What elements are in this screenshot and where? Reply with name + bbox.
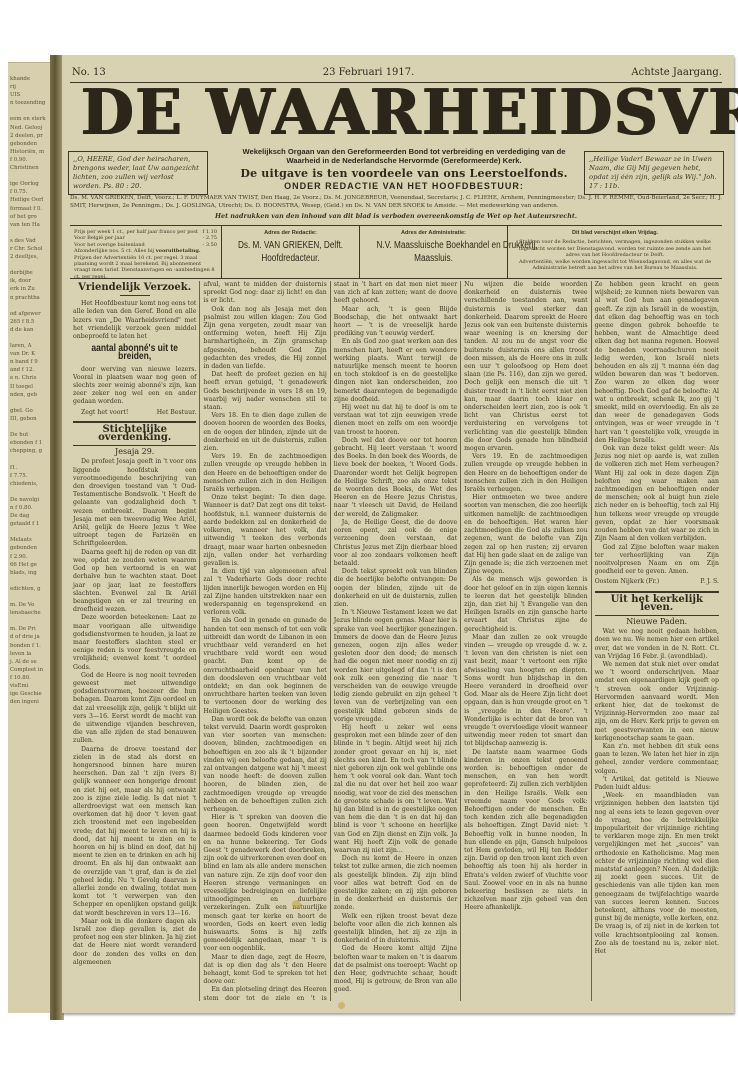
paragraph: Ook dan nog als Jesaja met den psalmist … <box>203 306 326 372</box>
paragraph: Maar te dien dage, zegt de Heere, dat is… <box>203 954 326 987</box>
publisher-name: N.V. Maassluische Boekhandel en Drukkeri… <box>377 239 491 252</box>
section-title-meditation: Stichtelijke overdenking. <box>73 426 196 442</box>
previous-page-text: khande rij UIS n toezending eem en sterk… <box>8 63 52 706</box>
publication-schedule: Dit blad verschijnt elken Vrijdag. Stukk… <box>508 226 722 278</box>
paragraph: In dien tijd van algemeenen afval zal 't… <box>203 568 326 617</box>
paragraph: Ze hebben geen kracht en geen wijsheid; … <box>595 281 719 445</box>
paragraph: Hij weet nu dat hij te doof is om te ver… <box>334 404 457 437</box>
paragraph: God zal Zijne beloften waar maken ter ve… <box>595 544 719 577</box>
paragraph: Maar dan zullen ze ook vreugde vinden — … <box>464 634 587 749</box>
paragraph: afval, want te midden der duisternis spr… <box>203 281 326 306</box>
paragraph: God de Heere is nog nooit tevreden gewee… <box>73 672 196 746</box>
paragraph: Vers 19. En de zachtmoedigen zullen vreu… <box>464 453 587 494</box>
publication-subtitle: Wekelijksch Orgaan van den Gereformeerde… <box>222 147 586 165</box>
paragraph: We nemen dat stuk niet over omdat we 't … <box>595 661 719 743</box>
editorial-address: Adres der Redactie: Ds. M. VAN GRIEKEN, … <box>222 226 360 278</box>
column-5: Ze hebben geen kracht en geen wijsheid; … <box>592 281 722 1001</box>
paragraph: Als de mensch wijs geworden is door het … <box>464 576 587 633</box>
paragraph: Vers 18. En te dien dage zullen de doove… <box>203 412 326 453</box>
info-boxes: Prijs per week 1 ct., per half jaar fran… <box>70 225 722 279</box>
newspaper-page: No. 13 23 Februari 1917. Achtste Jaargan… <box>62 55 734 1013</box>
editors-heading: ONDER REDACTIE VAN HET HOOFDBESTUUR: <box>212 181 596 191</box>
paragraph: Wat we nog nooit gedaan hebben, doen we … <box>595 628 719 661</box>
paragraph: Vers 19. En de zachtmoedigen zullen vreu… <box>203 453 326 494</box>
paragraph: Doch nu komt de Heere in onzen tekst tot… <box>334 855 457 912</box>
masthead-title: DE WAARHEIDSVRIEND <box>81 83 711 141</box>
paragraph: Ja, de Heilige Geest, die de doove ooren… <box>334 519 457 568</box>
schedule-text-2: Advertentiën, welke worden ingewacht tot… <box>512 259 718 272</box>
notice-paragraph-1: Het Hoofdbestuur komt nog eens tot alle … <box>73 300 196 341</box>
paper-stain <box>292 900 301 909</box>
meditation-signature: Oostem Nijkerk (Fr.) P. J. S. <box>595 578 719 586</box>
prices-note: Afzonderlijke nos. 5 ct. Alles bij vooru… <box>74 248 217 254</box>
paragraph: 't Artikel, dat getiteld is Nieuwe Paden… <box>595 776 719 792</box>
article-columns: Vriendelijk Verzoek. Het Hoofdbestuur ko… <box>70 281 722 1001</box>
notice-title: Vriendelijk Verzoek. <box>73 284 196 292</box>
paragraph: Dan wordt ook de belofte van onzen tekst… <box>203 716 326 814</box>
paragraph: In 't Nieuwe Testament lezen we dat Jezu… <box>334 609 457 724</box>
section-title-church-life: Uit het kerkelijk leven. <box>595 596 719 612</box>
notice-paragraph-2: door werving van nieuwe lezers. Vooral i… <box>73 366 196 407</box>
section-header-church-life: Uit het kerkelijk leven. <box>595 591 719 616</box>
paragraph: Maar ach, 't is geen Blijde Boodschap, d… <box>334 306 457 339</box>
subtitle-line-1: Wekelijksch Orgaan van den Gereformeerde… <box>222 147 586 156</box>
paragraph: En als God zoo gaat werken aan des mensc… <box>334 338 457 404</box>
column-4: Nu wijzen die beide woorden donkerheid e… <box>461 281 591 1001</box>
schedule-text-1: Stukken voor de Redactie, berichten, ver… <box>512 239 718 258</box>
paragraph: De profeet Jesaja geeft in 't voor ons l… <box>73 458 196 548</box>
editor-name: Ds. M. VAN GRIEKEN, Delft. <box>238 239 344 252</box>
schedule-heading: Dit blad verschijnt elken Vrijdag. <box>512 230 718 236</box>
notice-divider <box>120 295 150 296</box>
paragraph: Kan z'n. met hebben dit stuk eens gaan t… <box>595 743 719 776</box>
paragraph: Hier is 't spreken van dooven die geen h… <box>203 814 326 953</box>
paragraph: Onze tekst begint: Te dien dage. Wanneer… <box>203 494 326 568</box>
notice-signature: Zegt het voort! Het Bestuur. <box>73 409 196 417</box>
quote-box-left: ,,O, HEERE, God der heirscharen, brengon… <box>68 151 208 195</box>
paragraph: staat in 't hart en dat men niet meer va… <box>334 281 457 306</box>
editors-list: Ds. M. VAN GRIEKEN, Delft, Voorz.; L. F.… <box>70 194 722 210</box>
subtitle-line-2: Waarheid in de Nederlandsche Hervormde (… <box>222 156 586 165</box>
paragraph: Welk een rijken troost bevat deze beloft… <box>334 913 457 946</box>
administration-address: Adres der Administratie: N.V. Maassluisc… <box>360 226 508 278</box>
paragraph: En dan plotseling dringt des Heeren stem… <box>203 986 326 1001</box>
paragraph: En als God in genade en gunade de handen… <box>203 617 326 715</box>
column-2: afval, want te midden der duisternis spr… <box>200 281 330 1001</box>
notice-banner: aantal abonné's uit te breiden, <box>82 345 187 361</box>
editorial-address-heading: Adres der Redactie: <box>226 230 355 236</box>
paragraph: God de Heere komt altijd Zijne beloften … <box>334 945 457 994</box>
paragraph: Hij heeft u zeker wel eens gesproken met… <box>334 724 457 855</box>
paragraph: De laatste naam waarmee Gods kinderen in… <box>464 749 587 913</box>
section-header-meditation: Stichtelijke overdenking. <box>73 421 196 446</box>
paragraph: Nu wijzen die beide woorden donkerheid e… <box>464 281 587 453</box>
scripture-reference: Jesaja 29. <box>73 448 196 456</box>
paragraph: „Week- en maandbladen van vrijzinnigen h… <box>595 792 719 956</box>
subscription-prices: Prijs per week 1 ct., per half jaar fran… <box>70 226 222 278</box>
ad-prices-note: Prijzen der Advertentiën 10 ct. per rege… <box>74 255 217 281</box>
paragraph: Doch wel dat doove oor tot hooren gebrac… <box>334 437 457 519</box>
fund-line: De uitgave is ten voordeele van ons Leer… <box>212 167 596 180</box>
publisher-city: Maassluis. <box>377 252 491 265</box>
paragraph: Dat heeft de profeet gezien en hij heeft… <box>203 371 326 412</box>
paragraph: Daarna geeft hij de reden op van dit wee… <box>73 549 196 615</box>
paragraph: Maar ook in die donkere dagen als Israël… <box>73 918 196 967</box>
column-1: Vriendelijk Verzoek. Het Hoofdbestuur ko… <box>70 281 200 1001</box>
paragraph: Ook van deze tekst geldt weer: Als Jezus… <box>595 445 719 543</box>
previous-page-edge: khande rij UIS n toezending eem en sterk… <box>8 62 52 1013</box>
paragraph: Hier ontmoeten we twee andere soorten va… <box>464 494 587 576</box>
column-3: staat in 't hart en dat men niet meer va… <box>331 281 461 1001</box>
paragraph: Deze woorden beteekenen: Laat ze maar vo… <box>73 614 196 671</box>
paragraph: Daarna de droeve toestand der zielen in … <box>73 746 196 918</box>
copyright-notice: Het nadrukken van den inhoud van dit bla… <box>70 212 722 220</box>
editor-role: Hoofdredacteur. <box>238 252 344 265</box>
article-subtitle: Nieuwe Paden. <box>595 618 719 626</box>
quote-box-right: ,,Heilige Vader! Bewaar ze in Uwen Naam,… <box>584 151 724 195</box>
paragraph: Doch tekst spreekt ook van blinden die d… <box>334 568 457 609</box>
paper-stain <box>338 1002 345 1009</box>
administration-heading: Adres der Administratie: <box>364 230 503 236</box>
